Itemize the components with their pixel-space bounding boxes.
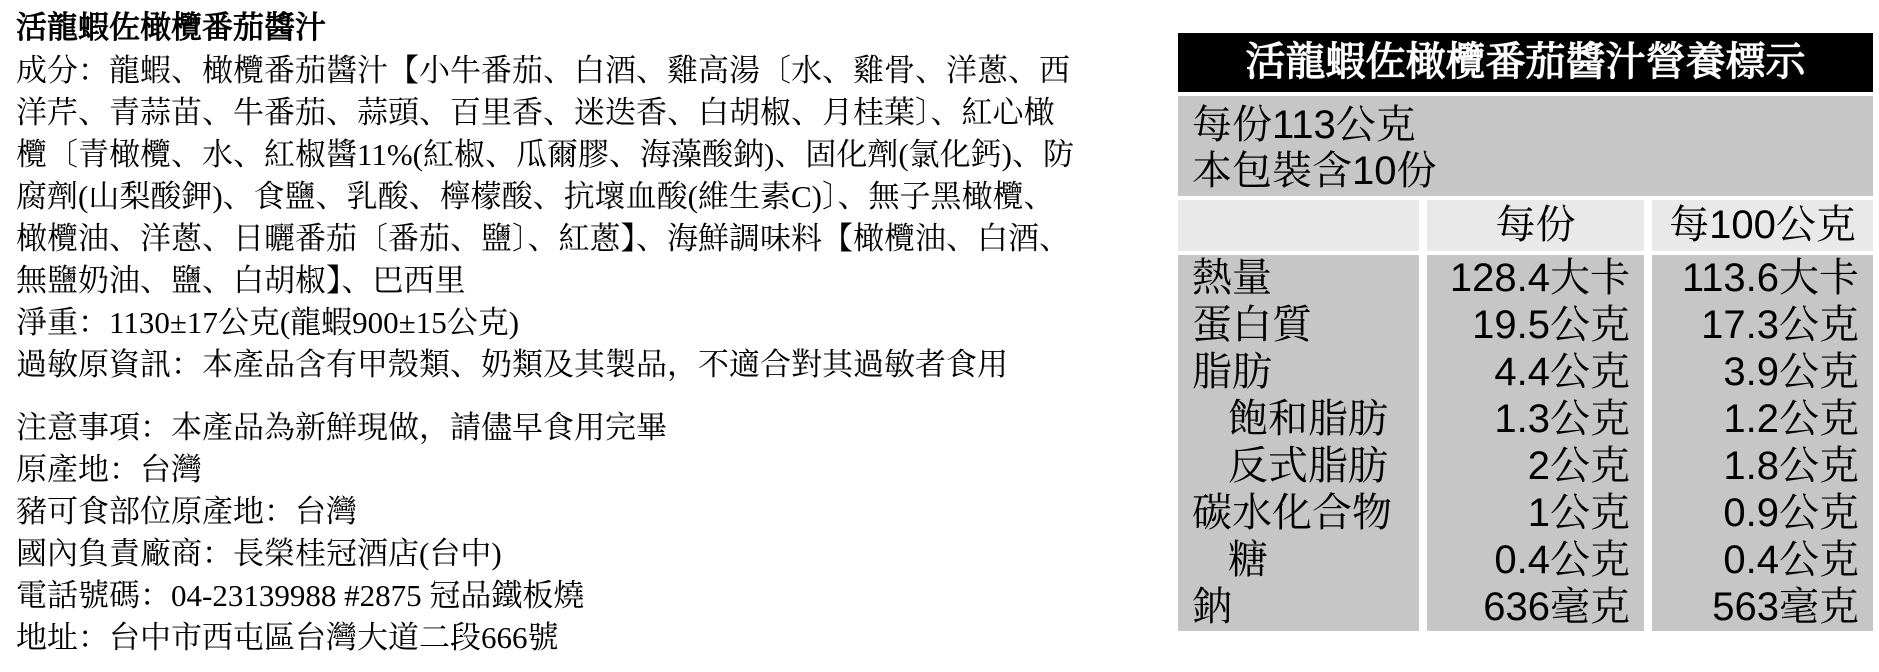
label-text-line: 腐劑(山梨酸鉀)、食鹽、乳酸、檸檬酸、抗壞血酸(維生素C)〕、無子黑橄欖、 [16, 176, 1172, 218]
nutrient-value-per-100g: 17.3公克 [1652, 302, 1873, 349]
nutrient-value-per-100g: 1.2公克 [1652, 396, 1873, 443]
label-text-line: 洋芹、青蒜苗、牛番茄、蒜頭、百里香、迷迭香、白胡椒、月桂葉〕、紅心橄 [16, 92, 1172, 134]
nutrient-value-per-serving: 4.4公克 [1427, 349, 1644, 396]
label-text-line: 注意事項：本產品為新鮮現做，請儘早食用完畢 [16, 407, 1172, 449]
nutrition-rows: 熱量128.4大卡113.6大卡蛋白質19.5公克17.3公克脂肪4.4公克3.… [1178, 255, 1873, 631]
nutrient-value-per-serving: 1.3公克 [1427, 396, 1644, 443]
label-text-line: 淨重：1130±17公克(龍蝦900±15公克) [16, 302, 1172, 344]
nutrient-value-per-serving: 636毫克 [1427, 584, 1644, 631]
label-text-line: 橄欖油、洋蔥、日曬番茄〔番茄、鹽〕、紅蔥】、海鮮調味料【橄欖油、白酒、 [16, 218, 1172, 260]
nutrient-label: 脂肪 [1178, 349, 1419, 396]
serving-info: 每份113公克 本包裝含10份 [1178, 96, 1873, 196]
nutrient-label: 鈉 [1178, 584, 1419, 631]
nutrient-value-per-100g: 0.9公克 [1652, 490, 1873, 537]
label-text-line: 過敏原資訊：本產品含有甲殼類、奶類及其製品，不適合對其過敏者食用 [16, 344, 1172, 386]
blank-line [16, 386, 1172, 407]
nutrition-title: 活龍蝦佐橄欖番茄醬汁營養標示 [1178, 33, 1873, 92]
nutrient-value-per-serving: 0.4公克 [1427, 537, 1644, 584]
label-text-line: 國內負責廠商：長榮桂冠酒店(台中) [16, 533, 1172, 575]
nutrient-value-per-serving: 128.4大卡 [1427, 255, 1644, 302]
nutrient-label: 碳水化合物 [1178, 490, 1419, 537]
nutrient-label: 蛋白質 [1178, 302, 1419, 349]
nutrient-value-per-serving: 1公克 [1427, 490, 1644, 537]
label-text-line: 成分：龍蝦、橄欖番茄醬汁【小牛番茄、白酒、雞高湯〔水、雞骨、洋蔥、西 [16, 50, 1172, 92]
nutrient-label: 糖 [1178, 537, 1419, 584]
serving-size: 每份113公克 [1192, 102, 1873, 148]
nutrition-table: 活龍蝦佐橄欖番茄醬汁營養標示 每份113公克 本包裝含10份 每份 每100公克… [1178, 33, 1873, 631]
product-label-text: 活龍蝦佐橄欖番茄醬汁 成分：龍蝦、橄欖番茄醬汁【小牛番茄、白酒、雞高湯〔水、雞骨… [16, 6, 1172, 659]
product-label-lines: 成分：龍蝦、橄欖番茄醬汁【小牛番茄、白酒、雞高湯〔水、雞骨、洋蔥、西洋芹、青蒜苗… [16, 50, 1172, 659]
label-text-line: 無鹽奶油、鹽、白胡椒】、巴西里 [16, 260, 1172, 302]
servings-per-package: 本包裝含10份 [1192, 148, 1873, 194]
nutrient-value-per-100g: 563毫克 [1652, 584, 1873, 631]
nutrient-label: 飽和脂肪 [1178, 396, 1419, 443]
nutrient-value-per-serving: 19.5公克 [1427, 302, 1644, 349]
nutrient-value-per-100g: 0.4公克 [1652, 537, 1873, 584]
nutrient-label: 熱量 [1178, 255, 1419, 302]
column-header-empty [1178, 200, 1419, 251]
nutrient-label: 反式脂肪 [1178, 443, 1419, 490]
column-header-per-100g: 每100公克 [1652, 200, 1873, 251]
nutrition-column-header: 每份 每100公克 [1178, 200, 1873, 251]
nutrient-value-per-100g: 3.9公克 [1652, 349, 1873, 396]
column-header-per-serving: 每份 [1427, 200, 1644, 251]
label-text-line: 地址：台中市西屯區台灣大道二段666號 [16, 617, 1172, 659]
nutrient-value-per-100g: 113.6大卡 [1652, 255, 1873, 302]
nutrient-value-per-100g: 1.8公克 [1652, 443, 1873, 490]
product-title: 活龍蝦佐橄欖番茄醬汁 [16, 6, 1172, 50]
label-text-line: 欖〔青橄欖、水、紅椒醬11%(紅椒、瓜爾膠、海藻酸鈉)、固化劑(氯化鈣)、防 [16, 134, 1172, 176]
label-text-line: 豬可食部位原產地：台灣 [16, 491, 1172, 533]
nutrient-value-per-serving: 2公克 [1427, 443, 1644, 490]
label-text-line: 原產地：台灣 [16, 449, 1172, 491]
label-text-line: 電話號碼：04-23139988 #2875 冠品鐵板燒 [16, 575, 1172, 617]
